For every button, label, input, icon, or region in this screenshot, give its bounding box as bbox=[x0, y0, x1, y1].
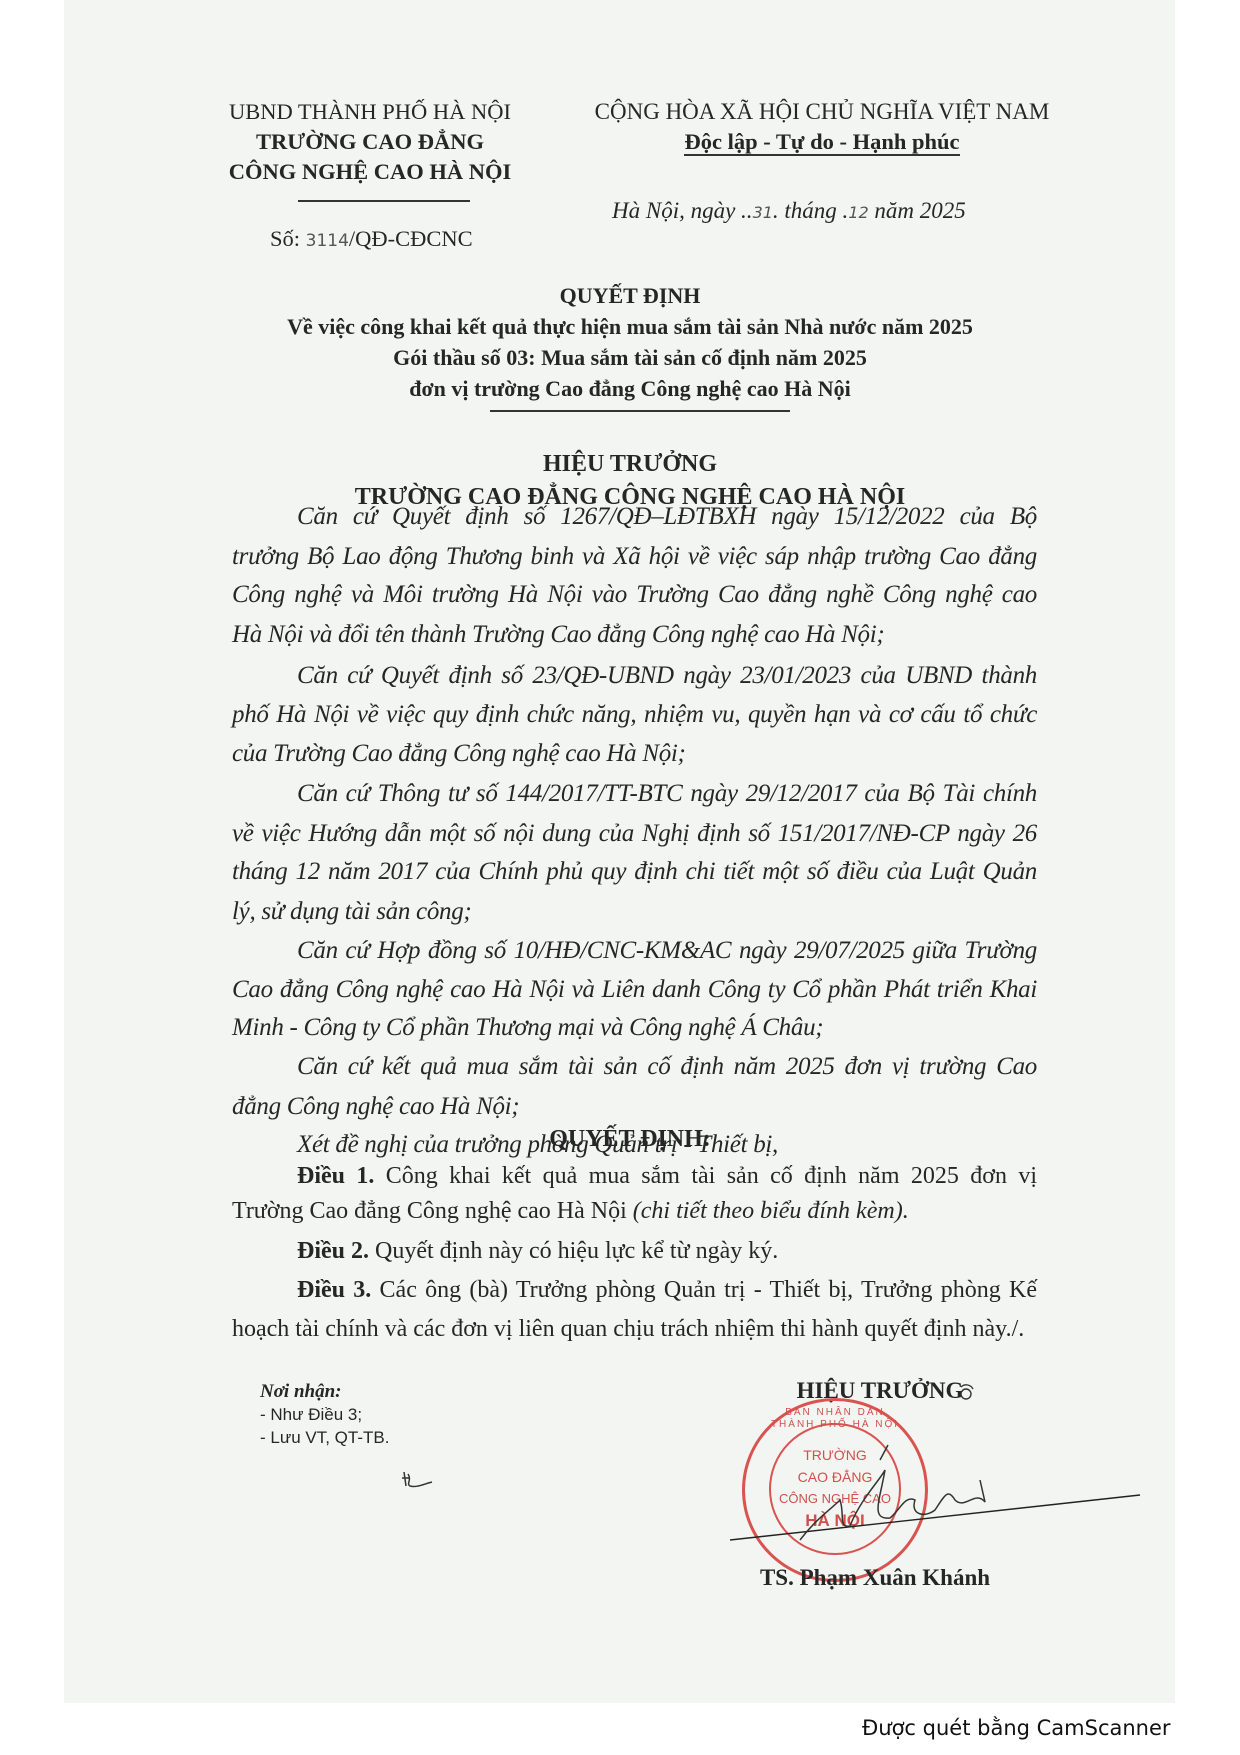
title-underline bbox=[490, 410, 790, 412]
country-name: CỘNG HÒA XÃ HỘI CHỦ NGHĨA VIỆT NAM bbox=[572, 97, 1072, 127]
preamble-line: Công nghệ và Môi trường Hà Nội vào Trườn… bbox=[232, 581, 1037, 609]
recipients-heading: Nơi nhận: bbox=[260, 1380, 389, 1403]
article-3-cont: hoạch tài chính và các đơn vị liên quan … bbox=[232, 1316, 1024, 1343]
national-motto: Độc lập - Tự do - Hạnh phúc bbox=[572, 127, 1072, 157]
org-underline bbox=[298, 200, 470, 202]
preamble-line: phố Hà Nội về việc quy định chức năng, n… bbox=[232, 701, 1037, 729]
org-name-line1: TRƯỜNG CAO ĐẲNG bbox=[200, 127, 540, 157]
article-3: Điều 3. Các ông (bà) Trưởng phòng Quản t… bbox=[297, 1277, 1037, 1304]
preamble-line: lý, sử dụng tài sản công; bbox=[232, 898, 1037, 926]
article-2: Điều 2. Quyết định này có hiệu lực kể từ… bbox=[297, 1238, 778, 1265]
subject-line-2: Gói thầu số 03: Mua sắm tài sản cố định … bbox=[180, 342, 1080, 373]
doc-type: QUYẾT ĐỊNH bbox=[180, 280, 1080, 311]
preamble-line: của Trường Cao đẳng Công nghệ cao Hà Nội… bbox=[232, 740, 1037, 768]
doc-number: Số: 3114/QĐ-CĐCNC bbox=[270, 224, 473, 256]
article-1-cont: Trường Cao đẳng Công nghệ cao Hà Nội (ch… bbox=[232, 1198, 909, 1225]
recipients: Nơi nhận: - Như Điều 3; - Lưu VT, QT-TB. bbox=[260, 1380, 389, 1449]
seal-ring-text: BAN NHÂN DÂN THÀNH PHỐ HÀ NỘI bbox=[745, 1407, 925, 1431]
org-name-line2: CÔNG NGHỆ CAO HÀ NỘI bbox=[200, 157, 540, 187]
preamble-line: đẳng Công nghệ cao Hà Nội; bbox=[232, 1093, 1037, 1121]
preamble-line: Căn cứ Thông tư số 144/2017/TT-BTC ngày … bbox=[297, 780, 1037, 808]
camscanner-watermark: Được quét bằng CamScanner bbox=[862, 1716, 1171, 1740]
header-right: CỘNG HÒA XÃ HỘI CHỦ NGHĨA VIỆT NAM Độc l… bbox=[572, 97, 1072, 157]
authority-title: HIỆU TRƯỞNG bbox=[180, 448, 1080, 481]
preamble-line: Minh - Công ty Cổ phần Thương mại và Côn… bbox=[232, 1014, 1037, 1042]
article-1: Điều 1. Công khai kết quả mua sắm tài sả… bbox=[297, 1163, 1037, 1190]
date-month-handwritten: 12 bbox=[848, 203, 868, 222]
preamble-line: về việc Hướng dẫn một số nội dung của Ng… bbox=[232, 820, 1037, 848]
preamble-line: Cao đẳng Công nghệ cao Hà Nội và Liên da… bbox=[232, 976, 1037, 1004]
doc-number-handwritten: 3114 bbox=[306, 231, 349, 251]
preamble-line: Căn cứ Quyết định số 1267/QĐ–LĐTBXH ngày… bbox=[297, 503, 1037, 531]
issue-date: Hà Nội, ngày ..31. tháng .12 năm 2025 bbox=[612, 198, 966, 224]
signer-name: TS. Phạm Xuân Khánh bbox=[720, 1565, 1030, 1591]
handwritten-signature bbox=[720, 1440, 1150, 1555]
preamble-line: Căn cứ Quyết định số 23/QĐ-UBND ngày 23/… bbox=[297, 662, 1037, 690]
preamble-line: Căn cứ Hợp đồng số 10/HĐ/CNC-KM&AC ngày … bbox=[297, 937, 1037, 965]
preamble-line: Hà Nội và đổi tên thành Trường Cao đẳng … bbox=[232, 621, 1037, 649]
preamble-line: trưởng Bộ Lao động Thương binh và Xã hội… bbox=[232, 543, 1037, 571]
recipient-item: - Như Điều 3; bbox=[260, 1403, 389, 1426]
recipient-item: - Lưu VT, QT-TB. bbox=[260, 1426, 389, 1449]
date-day-handwritten: 31 bbox=[753, 203, 773, 222]
initial-mark-icon bbox=[400, 1470, 434, 1495]
attachment-note: (chi tiết theo biểu đính kèm). bbox=[633, 1198, 909, 1224]
decision-heading: QUYẾT ĐỊNH: bbox=[180, 1126, 1080, 1153]
title-block: QUYẾT ĐỊNH Về việc công khai kết quả thự… bbox=[180, 280, 1080, 404]
preamble-line: tháng 12 năm 2017 của Chính phủ quy định… bbox=[232, 858, 1037, 886]
preamble-line: Căn cứ kết quả mua sắm tài sản cố định n… bbox=[297, 1053, 1037, 1081]
subject-line-3: đơn vị trường Cao đẳng Công nghệ cao Hà … bbox=[180, 373, 1080, 404]
subject-line-1: Về việc công khai kết quả thực hiện mua … bbox=[180, 311, 1080, 342]
signature-mark-icon bbox=[955, 1381, 977, 1408]
header-left: UBND THÀNH PHỐ HÀ NỘI TRƯỜNG CAO ĐẲNG CÔ… bbox=[200, 97, 540, 187]
authority-name: UBND THÀNH PHỐ HÀ NỘI bbox=[200, 97, 540, 127]
article-1-label: Điều 1. bbox=[297, 1163, 374, 1189]
